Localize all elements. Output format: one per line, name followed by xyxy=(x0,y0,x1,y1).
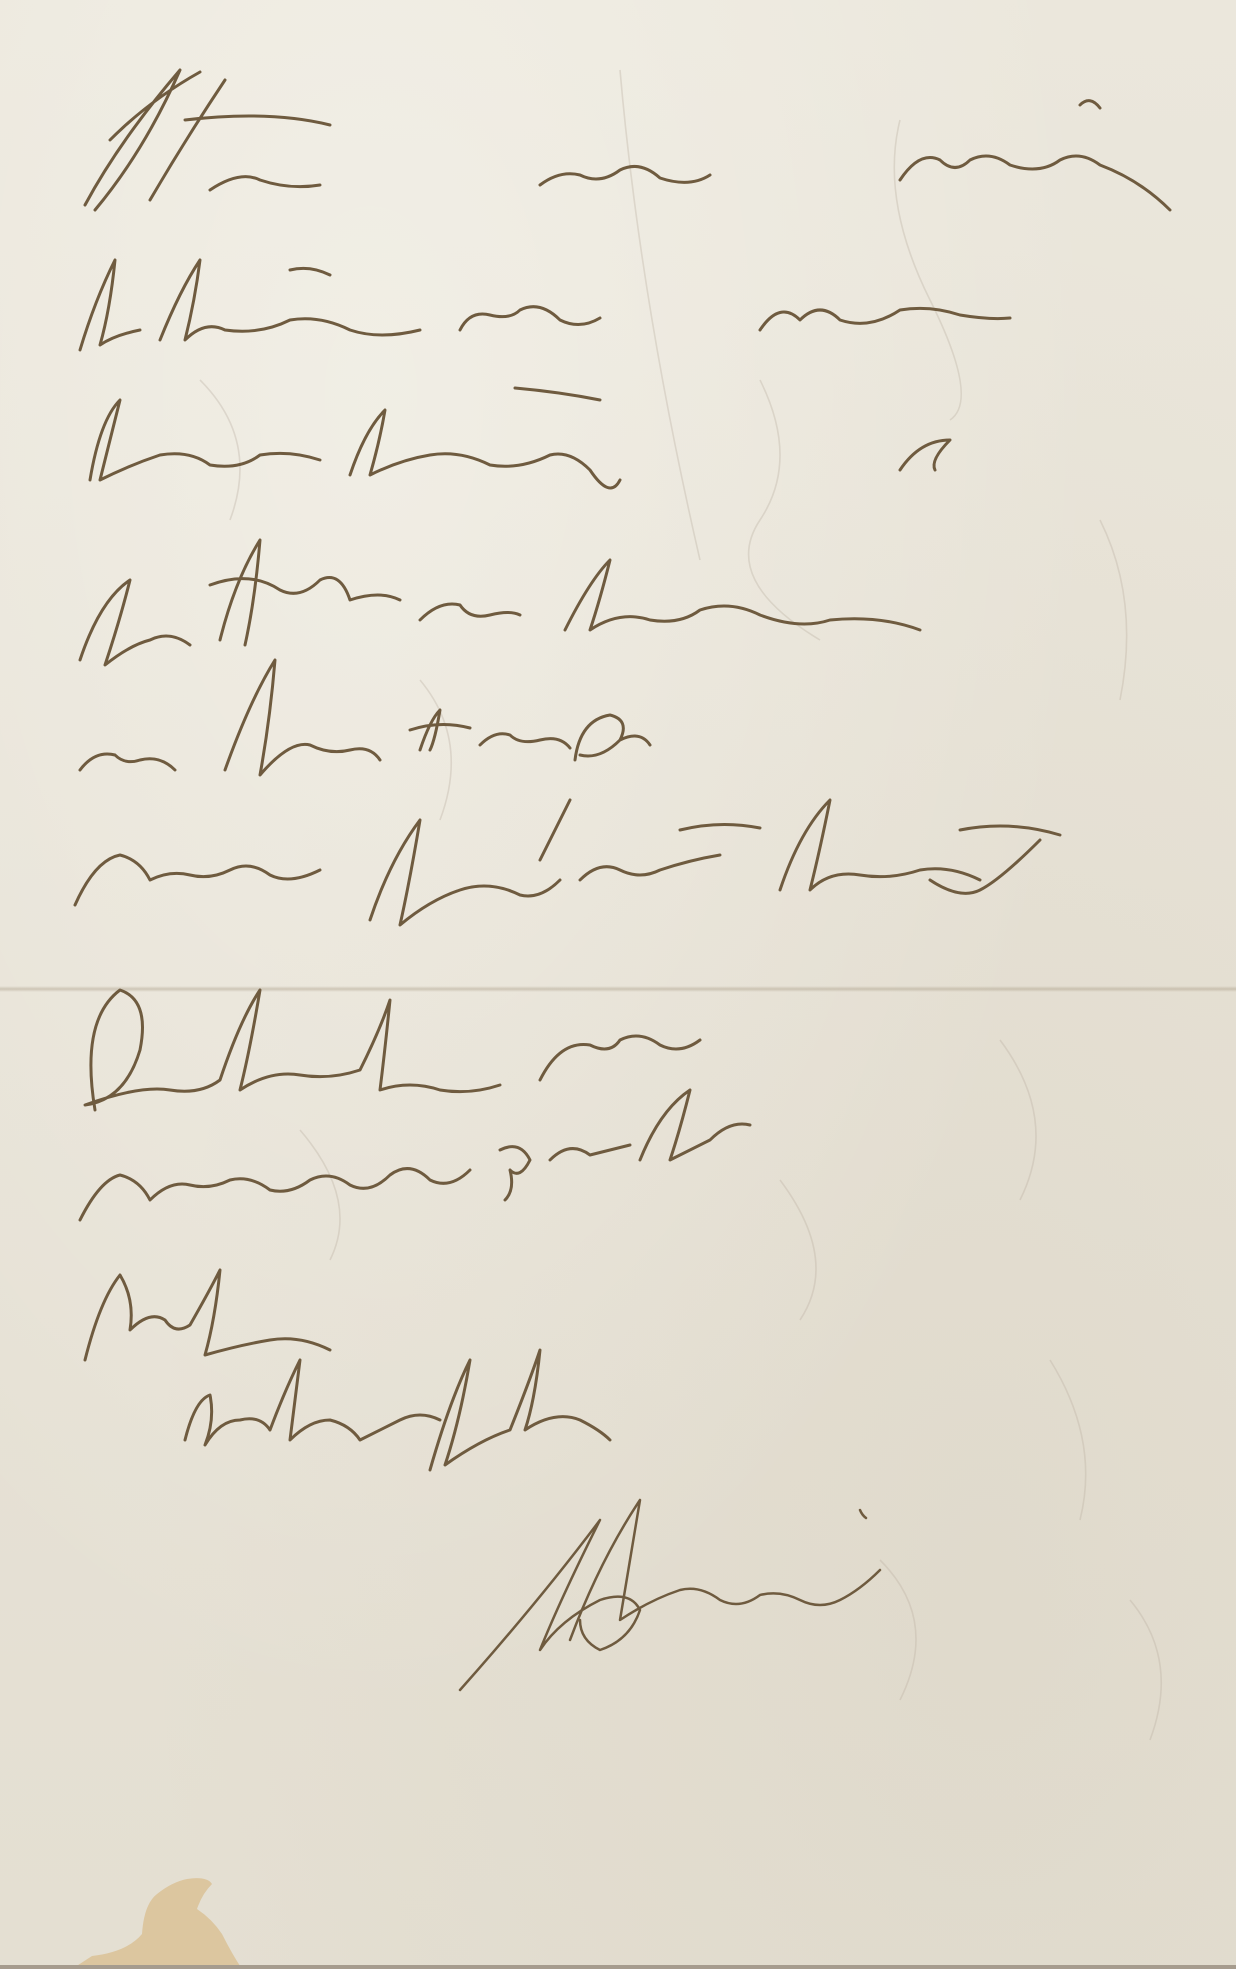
page-bottom-edge xyxy=(0,1965,1236,1969)
letter-page: Cette lettre sera mon la dernière au mon… xyxy=(0,0,1236,1969)
water-stain xyxy=(72,1864,242,1969)
handwriting-strokes xyxy=(0,0,1236,1969)
